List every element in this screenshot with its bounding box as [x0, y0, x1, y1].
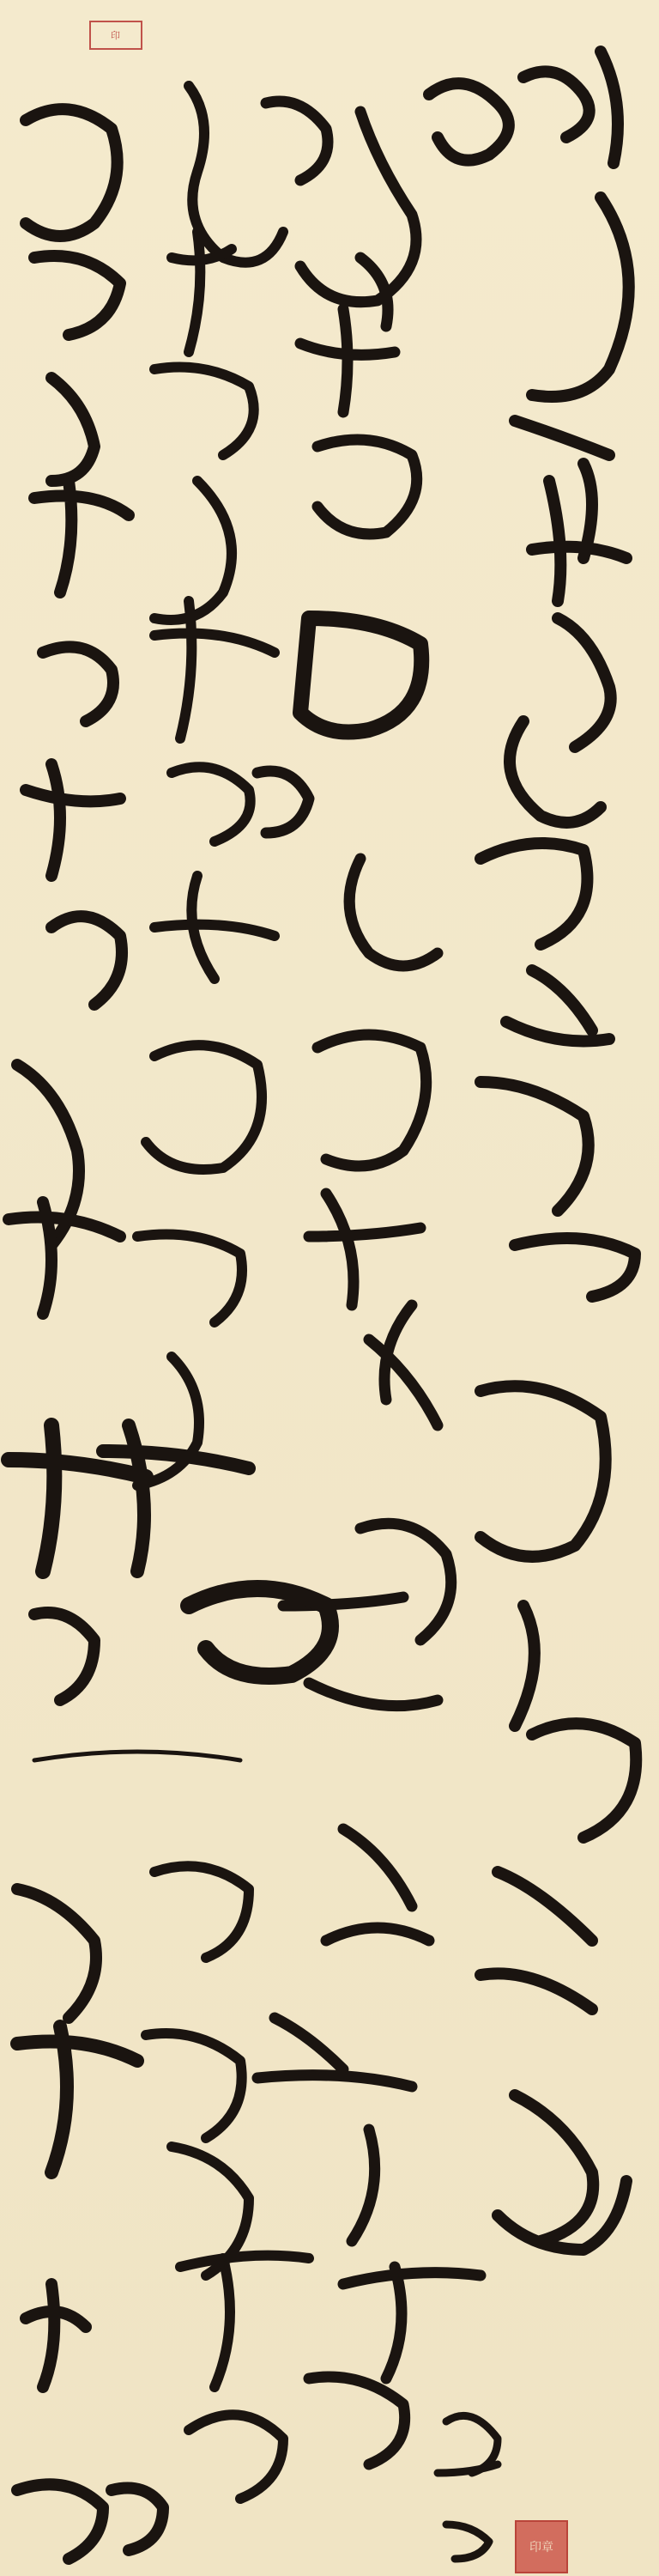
- column-2: [257, 101, 481, 2464]
- signature-column: [438, 2415, 498, 2559]
- signature-seal-stamp: 印章: [515, 2520, 568, 2573]
- column-4: [9, 109, 240, 2559]
- calligraphy-scroll: 印: [0, 0, 659, 2576]
- column-3: [103, 86, 330, 2499]
- column-1: [429, 52, 636, 2250]
- brush-strokes: [0, 0, 659, 2576]
